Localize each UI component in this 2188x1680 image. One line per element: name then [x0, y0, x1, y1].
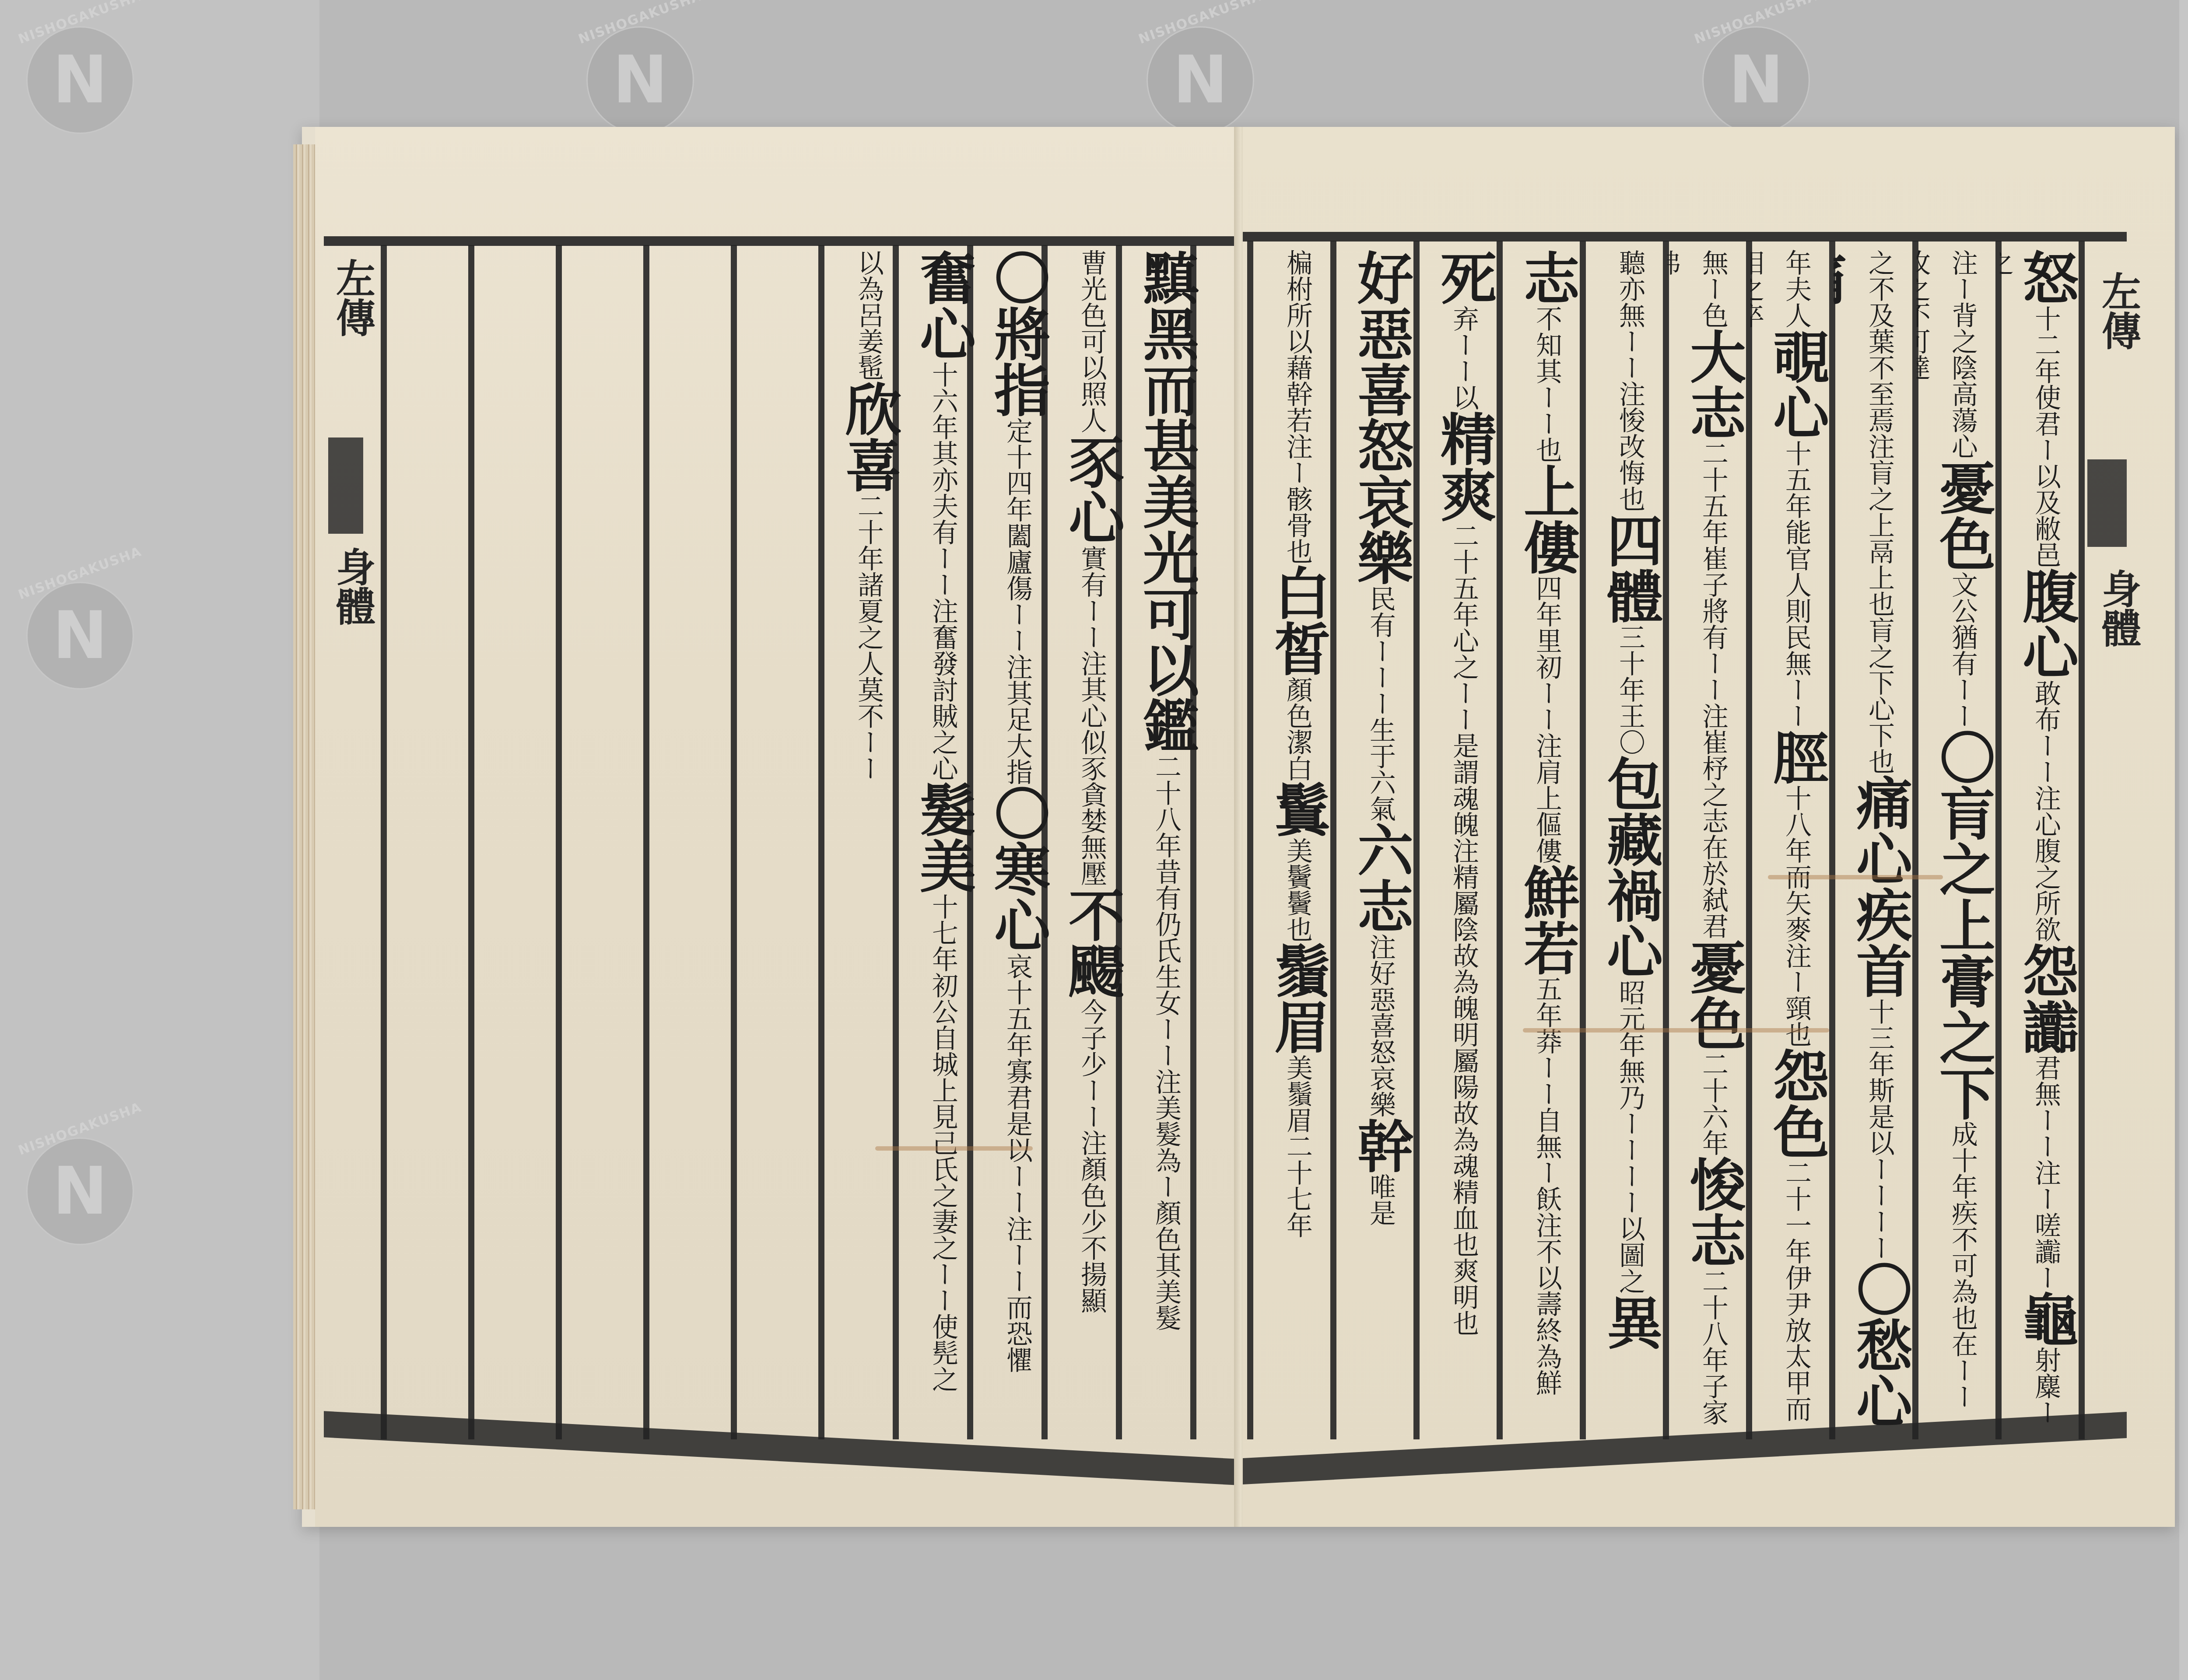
watermark-logo-icon: NISHOGAKUSHAN — [586, 26, 694, 134]
text-column: 奮心十六年其亦夫有ーー注奮發討賊之心髮美十七年初公自城上見己氏之妻之ーー使髡之 — [897, 249, 976, 1431]
column-rule — [643, 245, 649, 1439]
text-column: 之不及葉不至焉注肓之上鬲上也肓之下心下也痛心疾首十三年斯是以ーーーー〇愁心痛哀八 — [1834, 249, 1912, 1431]
margin-tab-section: 身體 — [324, 547, 381, 626]
watermark-logo-icon: NISHOGAKUSHAN — [1147, 26, 1254, 134]
watermark-logo-icon: NISHOGAKUSHAN — [26, 26, 134, 134]
watermark-logo-icon: NISHOGAKUSHAN — [26, 582, 134, 689]
background-right-band — [2179, 0, 2188, 1680]
column-rule — [2079, 241, 2085, 1439]
watermark-logo-icon: NISHOGAKUSHAN — [26, 1137, 134, 1245]
margin-tab-title: 左傳 — [2090, 271, 2146, 350]
column-rule — [381, 245, 387, 1439]
open-book: 左傳 身體 黰黑而甚美光可以鑑二十八年昔有仍氏生女ーー注美髮為ー顏色其美髮 曹光… — [302, 127, 2175, 1527]
text-column: 好惡喜怒哀樂民有ーーー生于六氣六志注好惡喜怒哀樂幹唯是 — [1335, 249, 1413, 1431]
top-border-rule — [1243, 232, 2127, 241]
column-rule — [731, 245, 737, 1439]
watermark-logo-icon: NISHOGAKUSHAN — [1702, 26, 1810, 134]
paper-stain — [1768, 875, 1943, 879]
text-column: 怒十二年使君ー以及敝邑腹心敢布ーー注心腹之所欲怨讟君無ーー注ー嗟讟ー龜射麋ー之 — [2000, 249, 2079, 1431]
fishtail-block — [2087, 459, 2127, 547]
text-column: 楄柎所以藉幹若注ー骸骨也白皙顏色潔白鬒美鬢鬢也鬚眉美鬚眉二十七年 — [1252, 249, 1330, 1431]
left-page: 左傳 身體 黰黑而甚美光可以鑑二十八年昔有仍氏生女ーー注美髮為ー顏色其美髮 曹光… — [315, 127, 1238, 1527]
right-page: 左傳 身體 怒十二年使君ー以及敝邑腹心敢布ーー注心腹之所欲怨讟君無ーー注ー嗟讟ー… — [1243, 127, 2175, 1527]
text-column: 黰黑而甚美光可以鑑二十八年昔有仍氏生女ーー注美髮為ー顏色其美髮 — [1120, 249, 1199, 1431]
background-left-band — [0, 0, 319, 1680]
column-rule — [556, 245, 562, 1439]
text-column: 志不知其ーー也上僂四年里初ーー注肩上傴僂鮮若五年莽ーー自無ー飫注不以壽終為鮮 — [1501, 249, 1580, 1431]
fishtail-block — [328, 437, 363, 534]
column-rule — [468, 245, 474, 1439]
text-column: 無ー色大志二十五年崔子將有ーー注崔杼之志在於弑君憂色二十六年悛志二十八年子家弗 — [1667, 249, 1746, 1431]
margin-tab-title: 左傳 — [324, 258, 381, 337]
text-column: 〇將指定十四年闔廬傷ーー注其足大指〇寒心哀十五年寡君是以ーー注ーー而恐懼 — [971, 249, 1050, 1431]
paper-stain — [875, 1146, 1033, 1151]
text-column: 聽亦無ーー注悛改悔也四體三十年王〇包藏禍心昭元年無乃ーーーー以圖之異 — [1584, 249, 1663, 1431]
text-column: 注ー背之陰高蕩心憂色文公猶有ーー〇肓之上膏之下成十年疾不可為也在ーー攻之不可達 — [1917, 249, 1995, 1431]
text-column: 以為呂姜髢欣喜二十年諸夏之人莫不ーー — [823, 249, 901, 1431]
text-column: 死弃ーー以精爽二十五年心之ーー是謂魂魄注精屬陰故為魄明屬陽故為魂精血也爽明也 — [1418, 249, 1497, 1431]
text-column: 曹光色可以照人豕心實有ーー注其心似豕貪婪無壓不颺今子少ーー注顏色少不揚顯 — [1046, 249, 1125, 1431]
top-border-rule — [324, 236, 1238, 246]
text-column: 年夫人覗心十五年能官人則民無ーー脛十八年而矢麥注ー頸也怨色二十一年伊尹放太甲而相… — [1750, 249, 1829, 1431]
paper-stain — [1523, 1028, 1829, 1032]
margin-tab-section: 身體 — [2090, 569, 2146, 647]
